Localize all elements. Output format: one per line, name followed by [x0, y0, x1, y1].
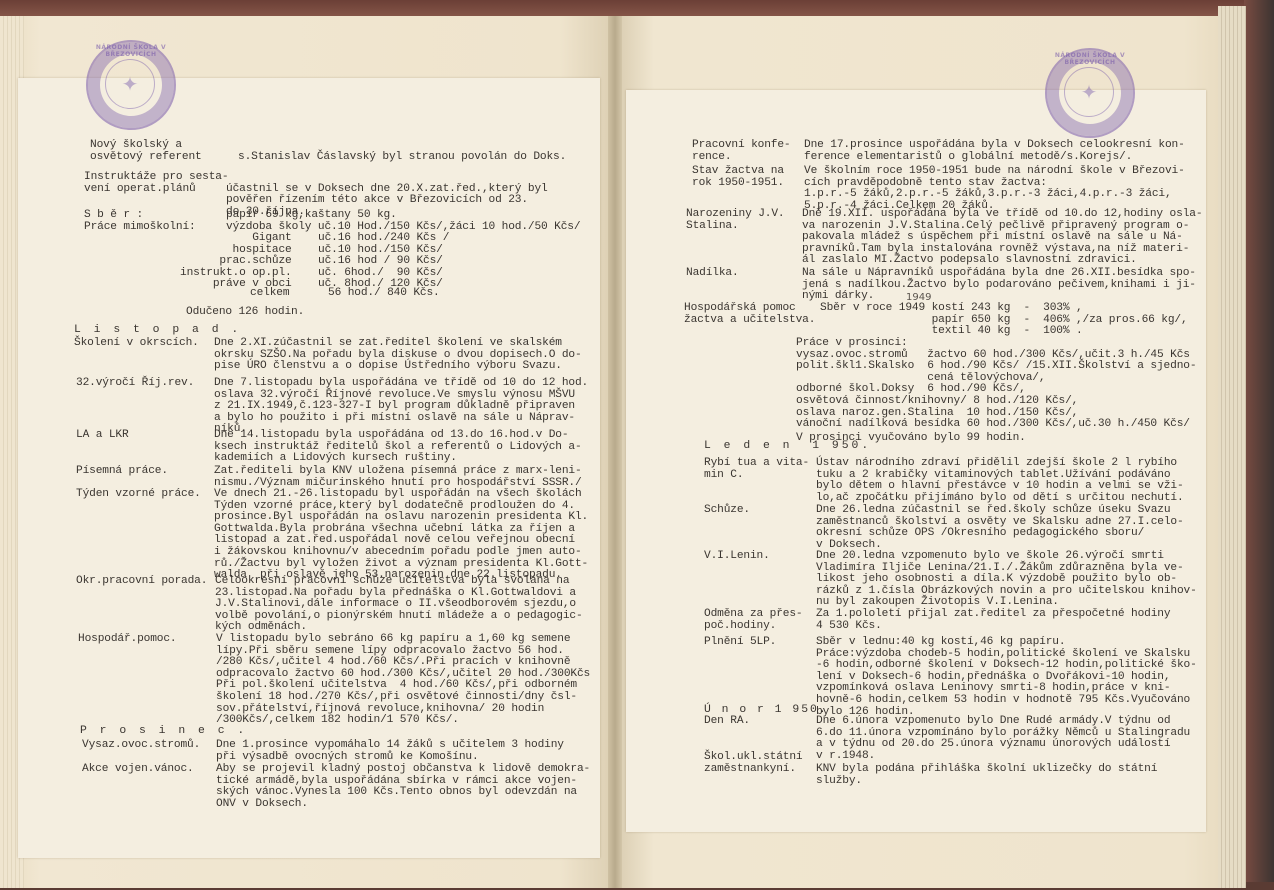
entry-text: Dne 2.XI.zúčastnil se zat.ředitel školen…	[214, 338, 582, 373]
entry-label: Odměna za přes- poč.hodiny.	[704, 609, 802, 632]
entry-text: Zat.řediteli byla KNV uložena písemná pr…	[214, 466, 582, 489]
entry-label: LA a LKR	[76, 430, 129, 442]
entry-text: Dne 14.listopadu byla uspořádána od 13.d…	[214, 430, 582, 465]
entry-text: KNV byla podána přihláška školní uklizeč…	[816, 764, 1157, 787]
section-heading: L e d e n 1 950.	[704, 440, 871, 452]
stamp-emblem-icon: ✦	[1064, 67, 1114, 117]
page-edges-right	[1218, 6, 1246, 888]
entry-text: uč.16 hod./240 Kčs / uč.10 hod./150 Kčs/…	[318, 233, 449, 291]
entry-label: Narozeniny J.V. Stalina.	[686, 209, 784, 232]
entry-text: Dně 19.XII. uspořádána byla ve třídě od …	[802, 209, 1202, 267]
entry-text: Sběr v lednu:40 kg kostí,46 kg papíru. P…	[816, 637, 1197, 718]
entry-label: celkem	[250, 288, 289, 300]
entry-text: Sběr v roce 1949 kostí 243 kg - 303% , p…	[820, 303, 1188, 338]
entry-text: 56 hod./ 840 Kčs.	[328, 288, 440, 300]
entry-text: Za 1.pololetí přijal zat.ředitel za přes…	[816, 609, 1170, 632]
entry-label: S b ě r : Práce mimoškolní:	[84, 210, 196, 233]
entry-label: Gigant hospitace prac.schůze instrukt.o …	[180, 233, 292, 291]
school-stamp-icon: NÁRODNÍ ŠKOLA V BŘEZOVICÍCH ✦	[1045, 48, 1135, 138]
entry-text: Dne 7.listopadu byla uspořádána ve třídě…	[214, 378, 588, 436]
entry-text: s.Stanislav Čáslavský byl stranou povolá…	[238, 152, 566, 164]
entry-text: Ve školním roce 1950-1951 bude na národn…	[804, 166, 1185, 212]
entry-text: Odučeno 126 hodin.	[186, 307, 304, 319]
entry-text: V listopadu bylo sebráno 66 kg papíru a …	[216, 634, 590, 727]
entry-text: papír 69 kg,kaštany 50 kg. výzdoba školy…	[226, 210, 580, 233]
entry-text: Ve dnech 21.-26.listopadu byl uspořádán …	[214, 489, 588, 582]
entry-label: Školení v okrscích.	[74, 338, 199, 350]
stamp-text: NÁRODNÍ ŠKOLA V BŘEZOVICÍCH	[88, 44, 174, 58]
entry-label: Škol.ukl.státní zaměstnankyní.	[704, 752, 802, 775]
entry-label: Akce vojen.vánoc.	[82, 764, 194, 776]
entry-text: Ústav národního zdraví přidělil zdejší š…	[816, 458, 1184, 504]
entry-label: Nový školský a osvětový referent	[90, 140, 202, 163]
entry-label: Písemná práce.	[76, 466, 168, 478]
entry-label: Týden vzorné práce.	[76, 489, 201, 501]
book-cover-right	[1244, 0, 1274, 890]
entry-text: Aby se projevil kladný postoj občanstva …	[216, 764, 590, 810]
entry-label: Rybí tua a vita- min C.	[704, 458, 809, 481]
entry-label: Nadílka.	[686, 268, 739, 280]
entry-text: Dne 26.ledna zúčastnil se řed.školy schů…	[816, 505, 1184, 551]
entry-label: Vysaz.ovoc.stromů.	[82, 740, 200, 752]
entry-label: 32.výročí Říj.rev.	[76, 378, 194, 390]
school-stamp-icon: NÁRODNÍ ŠKOLA V BŘEZOVICÍCH ✦	[86, 40, 176, 130]
entry-label: Den RA.	[704, 716, 750, 728]
entry-text: Práce v prosinci: vysaz.ovoc.stromů žact…	[796, 338, 1196, 431]
entry-label: Instruktáže pro sesta- vení operat.plánů	[84, 172, 228, 195]
entry-label: Plnění 5LP.	[704, 637, 776, 649]
entry-label: Hospodář.pomoc.	[78, 634, 176, 646]
entry-label: Pracovní konfe- rence.	[692, 140, 790, 163]
entry-text: Na sále u Nápravníků uspořádána byla dne…	[802, 268, 1196, 303]
entry-label: Okr.pracovní porada.	[76, 576, 207, 588]
entry-label: V.I.Lenin.	[704, 551, 770, 563]
entry-text: Celookresní pracovní schůze učitelstva b…	[215, 576, 583, 634]
book-gutter	[608, 16, 622, 888]
entry-text: Dne 6.února vzpomenuto bylo Dne Rudé arm…	[816, 716, 1190, 762]
entry-text: Dne 20.ledna vzpomenuto bylo ve škole 26…	[816, 551, 1197, 609]
section-heading: L i s t o p a d .	[74, 324, 241, 336]
entry-text: Dne 17.prosince uspořádána byla v Doksec…	[804, 140, 1185, 163]
stamp-text: NÁRODNÍ ŠKOLA V BŘEZOVICÍCH	[1047, 52, 1133, 66]
entry-label: Schůze.	[704, 505, 750, 517]
section-heading: P r o s i n e c .	[80, 725, 247, 737]
entry-label: Stav žactva na rok 1950-1951.	[692, 166, 784, 189]
stamp-emblem-icon: ✦	[105, 59, 155, 109]
entry-text: Dne 1.prosince vypomáhalo 14 žáků s učit…	[216, 740, 564, 763]
entry-label: Hospodářská pomoc žactva a učitelstva.	[684, 303, 815, 326]
